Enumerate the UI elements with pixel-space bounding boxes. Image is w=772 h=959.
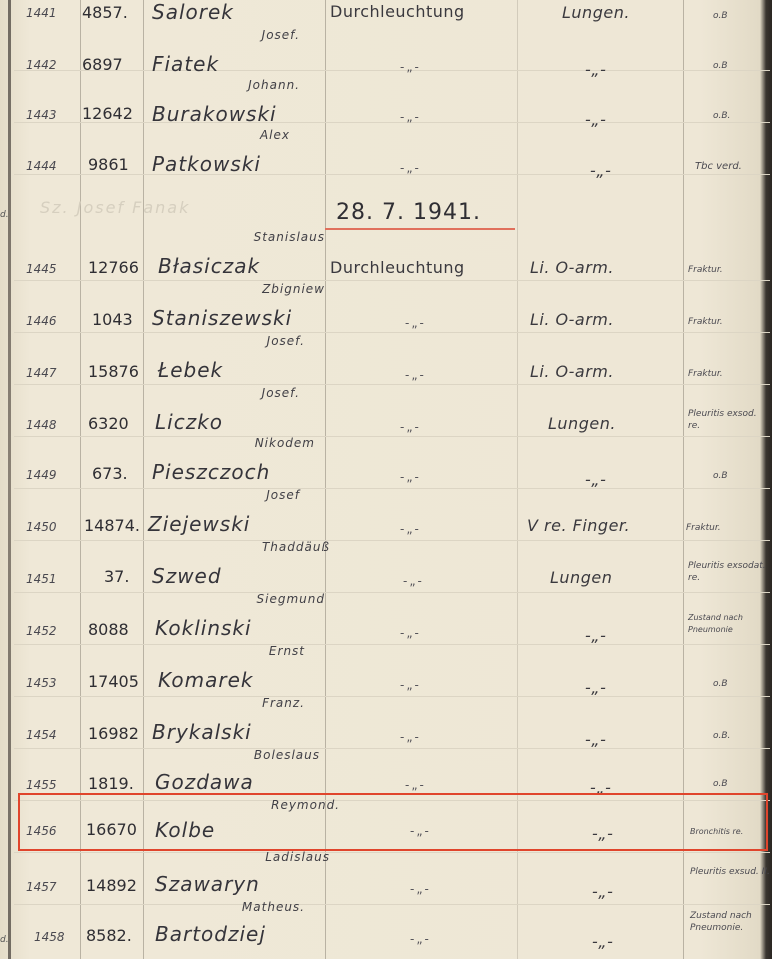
register-entry: Stanislaus 1445 12766 Błasiczak Durchleu…	[0, 230, 772, 282]
ditto-mark: -„-	[400, 110, 590, 124]
surname: Bartodziej	[155, 922, 355, 946]
surname: Pieszczoch	[152, 460, 352, 484]
ditto-mark: -„-	[400, 730, 590, 744]
finding: Fraktur.	[688, 316, 768, 328]
given-name: Thaddäuß	[130, 540, 330, 554]
register-entry: Johann. 1443 12642 Burakowski -„- -„- o.…	[0, 78, 772, 130]
surname: Patkowski	[152, 152, 352, 176]
surname: Komarek	[158, 668, 358, 692]
prisoner-number: 15876	[88, 362, 150, 381]
surname: Burakowski	[152, 102, 352, 126]
register-entry: Matheus. 1458 8582. Bartodziej -„- -„- Z…	[0, 900, 772, 952]
surname: Brykalski	[152, 720, 352, 744]
given-name: Franz.	[105, 696, 305, 710]
entry-serial: 1445	[26, 262, 76, 276]
entry-serial: 1447	[26, 366, 76, 380]
prisoner-number: 8088	[88, 620, 150, 639]
finding: o.B.	[713, 730, 772, 742]
prisoner-number: 8582.	[86, 926, 148, 945]
surname: Błasiczak	[158, 254, 358, 278]
ditto-mark: -„-	[400, 678, 590, 692]
date-heading: 28. 7. 1941.	[336, 200, 481, 225]
entry-serial: 1450	[26, 520, 76, 534]
finding: Fraktur.	[688, 264, 768, 276]
ditto-mark: -„-	[400, 626, 590, 640]
ditto-mark: -„-	[400, 470, 590, 484]
finding: o.B	[713, 60, 772, 72]
finding: Fraktur.	[686, 522, 766, 534]
register-entry: Josef. 1447 15876 Łebek -„- Li. O-arm. F…	[0, 334, 772, 386]
given-name: Boleslaus	[120, 748, 320, 762]
given-name: Nikodem	[115, 436, 315, 450]
finding: Pleuritis exsod. re.	[688, 408, 768, 432]
given-name: Josef.	[100, 386, 300, 400]
finding: Zustand nach Pneumonie.	[690, 910, 760, 934]
finding: o.B	[713, 470, 772, 482]
surname: Szwed	[152, 564, 352, 588]
bleed-through-text: Sz. Josef Fanak	[40, 198, 190, 217]
given-name: Josef.	[100, 28, 300, 42]
given-name: Johann.	[100, 78, 300, 92]
examination: Durchleuchtung	[330, 2, 520, 21]
register-entry: Thaddäuß 1451 37. Szwed -„- Lungen Pleur…	[0, 540, 772, 592]
register-entry: Josef. 1442 6897 Fiatek -„- -„- o.B	[0, 28, 772, 80]
entry-serial: 1443	[26, 108, 76, 122]
prisoner-number: 14892	[86, 876, 148, 895]
surname: Staniszewski	[152, 306, 352, 330]
surname: Fiatek	[152, 52, 352, 76]
entry-serial: 1453	[26, 676, 76, 690]
register-entry: Josef. 1448 6320 Liczko -„- Lungen. Pleu…	[0, 386, 772, 438]
given-name: Stanislaus	[125, 230, 325, 244]
register-entry: Nikodem 1449 673. Pieszczoch -„- -„- o.B	[0, 436, 772, 488]
prisoner-number: 673.	[92, 464, 154, 483]
given-name: Josef	[100, 488, 300, 502]
examination: Durchleuchtung	[330, 258, 520, 277]
finding: o.B	[713, 778, 772, 790]
prisoner-number: 12766	[88, 258, 150, 277]
ditto-mark: -„-	[405, 778, 595, 792]
entry-serial: 1448	[26, 418, 76, 432]
prisoner-number: 17405	[88, 672, 150, 691]
finding: Tbc verd.	[695, 161, 772, 173]
ditto-mark: -„-	[400, 60, 590, 74]
surname: Gozdawa	[155, 770, 355, 794]
finding: o.B	[713, 10, 772, 22]
prisoner-number: 14874.	[84, 516, 146, 535]
prisoner-number: 4857.	[82, 3, 144, 22]
finding: o.B.	[713, 110, 772, 122]
surname: Łebek	[158, 358, 358, 382]
ditto-mark: -„-	[410, 932, 600, 946]
prisoner-number: 6320	[88, 414, 150, 433]
given-name: Ladislaus	[130, 850, 330, 864]
finding: Pleuritis exsud. II.	[690, 866, 770, 878]
margin-mark: d.	[0, 210, 9, 220]
entry-serial: 1449	[26, 468, 76, 482]
register-entry: Josef 1450 14874. Ziejewski -„- V re. Fi…	[0, 488, 772, 540]
ditto-mark: -„-	[410, 882, 600, 896]
entry-serial: 1442	[26, 58, 76, 72]
entry-serial: 1444	[26, 159, 76, 173]
finding: Zustand nach Pneumonie	[688, 612, 768, 636]
ditto-mark: -„-	[592, 882, 772, 901]
given-name: Matheus.	[105, 900, 305, 914]
given-name: Zbigniew	[125, 282, 325, 296]
prisoner-number: 16982	[88, 724, 150, 743]
entry-serial: 1455	[26, 778, 76, 792]
register-page: d. d. Sz. Josef Fanak 28. 7. 1941. 1441 …	[0, 0, 772, 959]
prisoner-number: 9861	[88, 155, 150, 174]
register-entry: Ernst 1453 17405 Komarek -„- -„- o.B	[0, 644, 772, 696]
entry-serial: 1454	[26, 728, 76, 742]
register-entry: Franz. 1454 16982 Brykalski -„- -„- o.B.	[0, 696, 772, 748]
ditto-mark: -„-	[400, 161, 590, 175]
given-name: Alex	[90, 128, 290, 142]
entry-serial: 1451	[26, 572, 76, 586]
register-entry: Siegmund 1452 8088 Koklinski -„- -„- Zus…	[0, 592, 772, 644]
ditto-mark: -„-	[592, 932, 772, 951]
given-name: Ernst	[105, 644, 305, 658]
prisoner-number: 1043	[92, 310, 154, 329]
finding: Pleuritis exsodat. re.	[688, 560, 768, 584]
prisoner-number: 6897	[82, 55, 144, 74]
surname: Ziejewski	[148, 512, 348, 536]
surname: Koklinski	[155, 616, 355, 640]
entry-serial: 1452	[26, 624, 76, 638]
entry-serial: 1446	[26, 314, 76, 328]
surname: Szawaryn	[155, 872, 355, 896]
entry-serial: 1457	[26, 880, 76, 894]
register-entry: Alex 1444 9861 Patkowski -„- -„- Tbc ver…	[0, 128, 772, 180]
register-entry: Ladislaus 1457 14892 Szawaryn -„- -„- Pl…	[0, 850, 772, 902]
register-entry: Zbigniew 1446 1043 Staniszewski -„- Li. …	[0, 282, 772, 334]
entry-serial: 1441	[26, 6, 76, 20]
highlight-box	[18, 793, 768, 851]
prisoner-number: 12642	[82, 104, 144, 123]
finding: o.B	[713, 678, 772, 690]
finding: Fraktur.	[688, 368, 768, 380]
given-name: Siegmund	[125, 592, 325, 606]
given-name: Josef.	[105, 334, 305, 348]
surname: Salorek	[152, 0, 352, 24]
surname: Liczko	[155, 410, 355, 434]
entry-serial: 1458	[34, 930, 84, 944]
prisoner-number: 1819.	[88, 774, 150, 793]
